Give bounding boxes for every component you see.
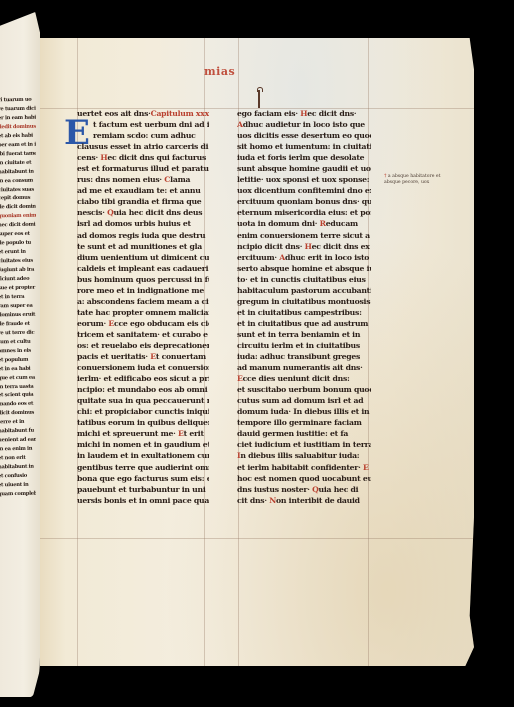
- line-text: remiam scdo: cum adhuc: [93, 131, 196, 140]
- line-text: est et formaturus illud et paratu: [77, 164, 209, 173]
- line-text: sunt et in terra beniamin et in: [237, 330, 360, 339]
- text-line: ad domos regis iuda que destru: [77, 230, 209, 241]
- text-line: t factum est uerbum dni ad ihe: [77, 119, 209, 130]
- previous-page-line: fugiunt ab ira: [0, 266, 36, 276]
- line-text: uertet eos ait dns·: [77, 109, 151, 118]
- line-text: nescis·: [77, 208, 107, 217]
- text-line: caldeis et impleant eas cadaueri: [77, 263, 209, 274]
- text-line: pacis et ueritatis· Et conuertam: [77, 351, 209, 362]
- text-line: uersis bonis et in omni pace qua: [77, 495, 209, 506]
- text-line: et in ciuitatibus que ad austrum: [237, 318, 371, 329]
- line-text: ncipio dicit dns·: [237, 242, 305, 251]
- text-line: ciet iudicium et iustitiam in terra·: [237, 439, 371, 450]
- text-line: conuersionem iuda et conuersionem: [77, 362, 209, 373]
- text-line: isrl ad domos urbis huius et: [77, 218, 209, 229]
- text-line: et in ciuitatibus campestribus:: [237, 307, 371, 318]
- text-line: michi et spreuerunt me· Et erit: [77, 428, 209, 439]
- text-line: iuda: adhuc transibunt greges: [237, 351, 371, 362]
- text-line: uox dicentium confitemini dno ex: [237, 185, 371, 196]
- text-line: tempore illo germinare faciam: [237, 417, 371, 428]
- text-column-left: uertet eos ait dns·Capitulum xxxiii·t fa…: [77, 108, 209, 506]
- line-text-continued: cce ego obducam eis cica: [114, 319, 209, 328]
- line-text: serto absque homine et absque iumen: [237, 264, 371, 273]
- line-text: cit dns·: [237, 496, 269, 505]
- text-line: tatibus eorum in quibus deliquerunt: [77, 417, 209, 428]
- text-line: clausus esset in atrio carceris di: [77, 141, 209, 152]
- line-text: iuda et foris ierlm que desolate: [237, 153, 364, 162]
- line-text-continued: ec dicit dns qui facturus: [107, 153, 206, 162]
- text-line: Ecce dies ueniunt dicit dns:: [237, 373, 371, 384]
- line-text-continued: gaudii et uox: [322, 164, 371, 173]
- text-line: eternum misericordia eius: et portantium: [237, 207, 371, 218]
- line-text: uersis bonis et in omni pace qua: [77, 496, 209, 505]
- line-text-continued: t conuertam: [156, 352, 206, 361]
- text-line: In diebus illis saluabitur iuda:: [237, 450, 371, 461]
- previous-page-line: omnes in eis: [0, 346, 36, 356]
- text-line: remiam scdo: cum adhuc: [77, 130, 209, 141]
- line-text-continued: uia hec dicit dns deus: [114, 208, 203, 217]
- line-text: uota in domum dni·: [237, 219, 320, 228]
- line-text: bona que ego facturus sum eis: et: [77, 474, 209, 483]
- text-line: cens· Hec dicit dns qui facturus: [77, 152, 209, 163]
- text-line: sit homo et iumentum: in ciuitatibus: [237, 141, 371, 152]
- line-text: michi et spreuerunt me·: [77, 429, 178, 438]
- line-text: tempore illo germinare faciam: [237, 418, 362, 427]
- line-text: tatibus eorum in quibus deliquerunt: [77, 418, 209, 427]
- line-text: hoc est nomen quod uocabunt eum:: [237, 474, 371, 483]
- text-column-right: ego faciam eis· Hec dicit dns·Adhuc audi…: [237, 108, 371, 506]
- text-line: dns iustus noster· Quia hec di: [237, 484, 371, 495]
- line-text: uox dicentium confitemini dno ex: [237, 186, 371, 195]
- text-line: cutus sum ad domum isrl et ad: [237, 395, 371, 406]
- line-text-continued: In diebus illis et in: [293, 407, 369, 416]
- line-text: sit homo et iumentum: in ciuitatibus: [237, 142, 371, 151]
- margin-mark-icon: †: [384, 174, 386, 179]
- text-line: ercituum quoniam bonus dns· quoniam in: [237, 196, 371, 207]
- text-line: ncipio dicit dns· Hec dicit dns ex: [237, 241, 371, 252]
- text-line: eorum· Ecce ego obducam eis cica: [77, 318, 209, 329]
- line-text-continued: ec dicit dns·: [307, 109, 356, 118]
- line-text: domum iuda·: [237, 407, 293, 416]
- line-text: dium uenientium ut dimicent cu: [77, 253, 209, 262]
- text-line: gregum in ciuitatibus montuosis: [237, 296, 371, 307]
- rubric-text: E: [363, 463, 369, 472]
- previous-page-line: dominus eruit: [0, 311, 36, 321]
- line-text: ncipio: et mundabo eos ab omni ini: [77, 385, 209, 394]
- line-text: clausus esset in atrio carceris di: [77, 142, 208, 151]
- line-text: caldeis et impleant eas cadaueri: [77, 264, 208, 273]
- line-text-continued: dhuc erit in loco isto de: [285, 253, 371, 262]
- line-text: t factum est uerbum dni ad ihe: [93, 120, 209, 129]
- text-line: serto absque homine et absque iumen: [237, 263, 371, 274]
- text-line: sunt et in terra beniamin et in: [237, 329, 371, 340]
- line-text: cutus sum ad domum isrl et ad: [237, 396, 363, 405]
- line-text: circuitu ierlm et in ciuitatibus: [237, 341, 360, 350]
- previous-page-line: et ab eis habi: [0, 131, 36, 141]
- text-line: iuda et foris ierlm que desolate: [237, 152, 371, 163]
- line-text: chi: et propiciabor cunctis iniqui: [77, 407, 209, 416]
- line-text-continued: n diebus illis saluabitur iuda:: [240, 451, 359, 460]
- line-text: habitaculum pastorum accubantium: [237, 286, 371, 295]
- line-text: pacis et ueritatis·: [77, 352, 150, 361]
- line-text: to· et in cunctis ciuitatibus eius: [237, 275, 366, 284]
- line-text: uos dicitis esse desertum eo quod non: [237, 131, 371, 140]
- line-text: letitie· uox sponsi et uox sponse:: [237, 175, 369, 184]
- previous-page-line: ciuitates suas: [0, 185, 36, 195]
- ruling-line: [40, 538, 474, 539]
- previous-page-line: hec dicit domi: [0, 221, 36, 231]
- text-line: rus: dns nomen eius· Clama: [77, 174, 209, 185]
- line-text-continued: ec dicit dns ex: [312, 242, 370, 251]
- text-line: dium uenientium ut dimicent cu: [77, 252, 209, 263]
- line-text: ad me et exaudiam te: et annu: [77, 186, 201, 195]
- margin-note-line: a absque habitatore et: [388, 174, 441, 179]
- previous-page-line: habitabunt in: [0, 167, 36, 177]
- text-line: quitate sua in qua peccauerunt mi: [77, 395, 209, 406]
- previous-page-line: sue et propter: [0, 284, 36, 294]
- previous-page-line: in ea consum: [0, 176, 36, 186]
- line-text: enim conuersionem terre sicut a pri: [237, 231, 371, 240]
- text-line: ciabo tibi grandia et firma que: [77, 196, 209, 207]
- line-text: eorum·: [77, 319, 108, 328]
- text-line: domum iuda· In diebus illis et in: [237, 406, 371, 417]
- text-line: Adhuc audietur in loco isto que: [237, 119, 371, 130]
- text-line: ercituum· Adhuc erit in loco isto de: [237, 252, 371, 263]
- line-text: gentibus terre que audierint omnia: [77, 463, 209, 472]
- line-text: ad domos regis iuda que destru: [77, 231, 205, 240]
- line-text: ierlm· et edificabo eos sicut a pri: [77, 374, 209, 383]
- text-line: rore meo et in indignatione me: [77, 285, 209, 296]
- line-text: ad manum numerantis ait dns·: [237, 363, 363, 372]
- line-text: ercituum·: [237, 253, 279, 262]
- line-text: iuda: adhuc transibunt greges: [237, 352, 360, 361]
- previous-page-line: per eam et in ipsa: [0, 140, 36, 150]
- line-text: et suscitabo uerbum bonum quod lo: [237, 385, 371, 394]
- text-line: et ierlm habitabit confidenter· E: [237, 462, 371, 473]
- text-line: te sunt et ad munitiones et gla: [77, 241, 209, 252]
- line-text: quitate sua in qua peccauerunt mi: [77, 396, 209, 405]
- text-line: bona que ego facturus sum eis: et: [77, 473, 209, 484]
- text-line: uota in domum dni· Reducam: [237, 218, 371, 229]
- line-text-continued: uia hec di: [319, 485, 359, 494]
- text-line: to· et in cunctis ciuitatibus eius: [237, 274, 371, 285]
- line-text: michi in nomen et in gaudium et: [77, 440, 209, 449]
- line-text-continued: t erit: [184, 429, 204, 438]
- previous-page-line: in ciuitate et: [0, 158, 36, 168]
- line-text: ego faciam eis·: [237, 109, 300, 118]
- text-line: uertet eos ait dns·Capitulum xxxiii·: [77, 108, 209, 119]
- text-line: gentibus terre que audierint omnia: [77, 462, 209, 473]
- margin-note-line: absque pecore, uox: [384, 180, 429, 185]
- previous-page-line: in ea enim in: [0, 445, 36, 455]
- previous-page-text: ri tuarum uore tuarum diciter in eam hab…: [0, 96, 36, 500]
- text-line: est et formaturus illud et paratu: [77, 163, 209, 174]
- text-line: hoc est nomen quod uocabunt eum:: [237, 473, 371, 484]
- text-line: nescis· Quia hec dicit dns deus: [77, 207, 209, 218]
- line-text-continued: on interibit de dauid: [276, 496, 360, 505]
- previous-page: ri tuarum uore tuarum diciter in eam hab…: [0, 12, 40, 697]
- text-line: a: abscondens faciem meam a ciui: [77, 296, 209, 307]
- text-line: cit dns· Non interibit de dauid: [237, 495, 371, 506]
- text-line: uos dicitis esse desertum eo quod non: [237, 130, 371, 141]
- line-text-continued: educam: [326, 219, 358, 228]
- text-line: ierlm· et edificabo eos sicut a pri: [77, 373, 209, 384]
- text-line: bus hominum quos percussi in fu: [77, 274, 209, 285]
- line-text: eternum misericordia eius: et portantium: [237, 208, 371, 217]
- line-text: dns iustus noster·: [237, 485, 312, 494]
- previous-page-line: dedit dominus: [0, 123, 36, 133]
- text-line: circuitu ierlm et in ciuitatibus: [237, 340, 371, 351]
- text-line: dauid germen iustitie: et fa: [237, 428, 371, 439]
- line-text: tate hac propter omnem maliciam: [77, 308, 209, 317]
- previous-page-line: que et cum ea: [0, 373, 36, 383]
- text-line: enim conuersionem terre sicut a pri: [237, 230, 371, 241]
- text-line: ad manum numerantis ait dns·: [237, 362, 371, 373]
- previous-page-line: de populo tu: [0, 239, 36, 249]
- line-text: rore meo et in indignatione me: [77, 286, 204, 295]
- ascender-flourish: [258, 90, 260, 108]
- text-line: tricem et sanitatem· et curabo e: [77, 329, 209, 340]
- line-text: rus: dns nomen eius·: [77, 175, 164, 184]
- line-text-continued: dhuc audietur in loco isto que: [243, 120, 365, 129]
- rubric-text: H: [305, 242, 312, 251]
- text-line: ncipio: et mundabo eos ab omni ini: [77, 384, 209, 395]
- text-line: habitaculum pastorum accubantium: [237, 285, 371, 296]
- previous-page-line: re ut terre dic: [0, 328, 36, 338]
- running-head: mias: [204, 65, 235, 78]
- line-text: sunt absque homine: [237, 164, 322, 173]
- line-text: gregum in ciuitatibus montuosis: [237, 297, 370, 306]
- text-line: pauebunt et turbabuntur in uni: [77, 484, 209, 495]
- line-text: et in ciuitatibus que ad austrum: [237, 319, 368, 328]
- line-text: ercituum quoniam bonus dns· quoniam in: [237, 197, 371, 206]
- text-line: et suscitabo uerbum bonum quod lo: [237, 384, 371, 395]
- text-line: sunt absque homine gaudii et uox: [237, 163, 371, 174]
- text-line: ego faciam eis· Hec dicit dns·: [237, 108, 371, 119]
- previous-page-line: dicit dominus: [0, 409, 36, 419]
- line-text: ciabo tibi grandia et firma que: [77, 197, 201, 206]
- text-line: ad me et exaudiam te: et annu: [77, 185, 209, 196]
- text-line: chi: et propiciabor cunctis iniqui: [77, 406, 209, 417]
- previous-page-line: quam complebo: [0, 490, 36, 500]
- line-text: isrl ad domos urbis huius et: [77, 219, 191, 228]
- line-text: pauebunt et turbabuntur in uni: [77, 485, 206, 494]
- line-text: in laudem et in exultationem cunctis: [77, 451, 209, 460]
- previous-page-line: ibi fuerat tamen: [0, 149, 36, 159]
- line-text-continued: cce dies ueniunt dicit dns:: [243, 374, 350, 383]
- line-text: cens·: [77, 153, 100, 162]
- line-text: dauid germen iustitie: et fa: [237, 429, 348, 438]
- line-text: et ierlm habitabit confidenter·: [237, 463, 363, 472]
- line-text: a: abscondens faciem meam a ciui: [77, 297, 209, 306]
- text-line: in laudem et in exultationem cunctis: [77, 450, 209, 461]
- previous-page-line: habitabunt in: [0, 463, 36, 473]
- line-text: ciet iudicium et iustitiam in terra·: [237, 440, 371, 449]
- line-text-continued: lama: [170, 175, 190, 184]
- text-line: tate hac propter omnem maliciam: [77, 307, 209, 318]
- line-text: tricem et sanitatem· et curabo e: [77, 330, 208, 339]
- line-text: conuersionem iuda et conuersionem: [77, 363, 209, 372]
- marginal-note: † a absque habitatore et absque pecore, …: [384, 174, 464, 187]
- rubric-text: Capitulum xxxiii·: [151, 109, 209, 118]
- line-text: et in ciuitatibus campestribus:: [237, 308, 362, 317]
- text-line: michi in nomen et in gaudium et: [77, 439, 209, 450]
- rubric-text: N: [269, 496, 276, 505]
- manuscript-leaf: mias E uertet eos ait dns·Capitulum xxxi…: [40, 38, 474, 666]
- line-text: bus hominum quos percussi in fu: [77, 275, 209, 284]
- text-line: os: et reuelabo eis deprecationem: [77, 340, 209, 351]
- text-line: letitie· uox sponsi et uox sponse:: [237, 174, 371, 185]
- line-text: te sunt et ad munitiones et gla: [77, 242, 202, 251]
- line-text: os: et reuelabo eis deprecationem: [77, 341, 209, 350]
